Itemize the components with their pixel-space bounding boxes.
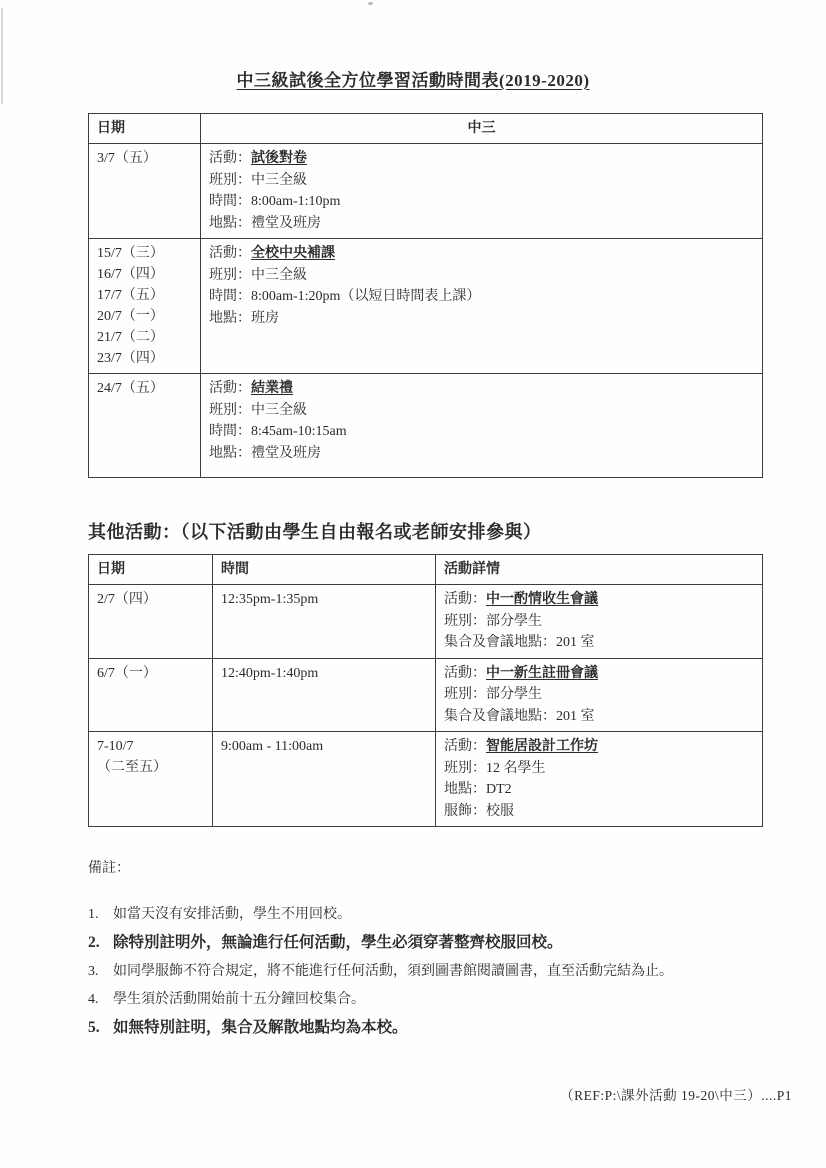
- time-label: 時間：: [209, 194, 251, 209]
- other-row2-date: 6/7（一）: [89, 658, 213, 732]
- note-item: 5.如無特別註明，集合及解散地點均為本校。: [88, 1018, 778, 1038]
- class-label: 班別：: [209, 403, 251, 418]
- time-value: 8:00am-1:20pm（以短日時間表上課）: [251, 289, 480, 304]
- note-text: 如無特別註明，集合及解散地點均為本校。: [113, 1018, 408, 1038]
- other-table-header-row: 日期 時間 活動詳情: [89, 555, 763, 585]
- activity-label: 活動：: [209, 246, 251, 261]
- class-line: 班別：中三全級: [209, 400, 754, 422]
- page-title: 中三級試後全方位學習活動時間表(2019-2020): [0, 66, 826, 91]
- other-row1-details: 活動：中一酌情收生會議 班別：部分學生 集合及會議地點：201 室: [436, 585, 763, 659]
- table-row: 2/7（四） 12:35pm-1:35pm 活動：中一酌情收生會議 班別：部分學…: [89, 585, 763, 659]
- class-line: 班別：中三全級: [209, 265, 754, 287]
- activity-line: 活動：結業禮: [209, 378, 754, 400]
- venue-label: 地點：: [209, 216, 251, 231]
- venue-line: 集合及會議地點：201 室: [444, 632, 754, 654]
- activity-label: 活動：: [209, 381, 251, 396]
- schedule-row2-dates: 15/7（三） 16/7（四） 17/7（五） 20/7（一） 21/7（二） …: [89, 239, 201, 374]
- table-row: 3/7（五） 活動：試後對卷 班別：中三全級 時間：8:00am-1:10pm …: [89, 144, 763, 239]
- activity-line: 活動：智能居設計工作坊: [444, 736, 754, 758]
- venue-value: 201 室: [556, 635, 595, 650]
- class-value: 中三全級: [251, 403, 307, 418]
- schedule-header-date: 日期: [89, 114, 201, 144]
- class-label: 班別：: [444, 761, 486, 776]
- activity-line: 活動：試後對卷: [209, 148, 754, 170]
- time-label: 時間：: [209, 289, 251, 304]
- activity-label: 活動：: [444, 739, 486, 754]
- activity-name: 智能居設計工作坊: [486, 739, 598, 754]
- note-text: 除特別註明外，無論進行任何活動，學生必須穿著整齊校服回校。: [113, 933, 563, 953]
- note-item: 1.如當天沒有安排活動，學生不用回校。: [88, 905, 778, 925]
- time-value: 8:45am-10:15am: [251, 424, 347, 439]
- activity-label: 活動：: [444, 666, 486, 681]
- venue-label: 集合及會議地點：: [444, 709, 556, 724]
- schedule-row3-details: 活動：結業禮 班別：中三全級 時間：8:45am-10:15am 地點：禮堂及班…: [201, 374, 763, 478]
- class-label: 班別：: [444, 687, 486, 702]
- other-activities-heading: 其他活動：（以下活動由學生自由報名或老師安排參與）: [88, 518, 826, 544]
- class-line: 班別：12 名學生: [444, 758, 754, 780]
- note-item: 4.學生須於活動開始前十五分鐘回校集合。: [88, 990, 778, 1010]
- other-row1-time: 12:35pm-1:35pm: [213, 585, 436, 659]
- schedule-header-class: 中三: [201, 114, 763, 144]
- note-text: 如當天沒有安排活動，學生不用回校。: [113, 905, 351, 925]
- note-number: 1.: [88, 905, 113, 925]
- class-value: 12 名學生: [486, 761, 546, 776]
- venue-line: 地點：禮堂及班房: [209, 443, 754, 465]
- note-number: 2.: [88, 933, 113, 953]
- venue-line: 地點：班房: [209, 308, 754, 330]
- note-number: 4.: [88, 990, 113, 1010]
- activity-line: 活動：全校中央補課: [209, 243, 754, 265]
- class-line: 班別：中三全級: [209, 170, 754, 192]
- dress-line: 服飾：校服: [444, 801, 754, 823]
- schedule-row1-dates: 3/7（五）: [89, 144, 201, 239]
- other-row2-time: 12:40pm-1:40pm: [213, 658, 436, 732]
- note-text: 如同學服飾不符合規定，將不能進行任何活動，須到圖書館閱讀圖書，直至活動完結為止。: [113, 962, 673, 982]
- other-header-time: 時間: [213, 555, 436, 585]
- schedule-table: 日期 中三 3/7（五） 活動：試後對卷 班別：中三全級 時間：8:00am-1…: [88, 113, 763, 478]
- activity-label: 活動：: [209, 151, 251, 166]
- table-row: 24/7（五） 活動：結業禮 班別：中三全級 時間：8:45am-10:15am…: [89, 374, 763, 478]
- activity-name: 中一酌情收生會議: [486, 592, 598, 607]
- time-value: 8:00am-1:10pm: [251, 194, 340, 209]
- venue-line: 地點：禮堂及班房: [209, 213, 754, 235]
- activity-name: 結業禮: [251, 381, 293, 396]
- class-label: 班別：: [209, 173, 251, 188]
- scan-artifact-line: [1, 8, 3, 104]
- activity-name: 中一新生註冊會議: [486, 666, 598, 681]
- notes-heading: 備註：: [88, 857, 826, 877]
- note-number: 5.: [88, 1018, 113, 1038]
- venue-label: 地點：: [444, 782, 486, 797]
- table-row: 7-10/7 （二至五） 9:00am - 11:00am 活動：智能居設計工作…: [89, 732, 763, 827]
- venue-value: 禮堂及班房: [251, 216, 321, 231]
- note-number: 3.: [88, 962, 113, 982]
- venue-line: 集合及會議地點：201 室: [444, 706, 754, 728]
- document-page: 中三級試後全方位學習活動時間表(2019-2020) 日期 中三 3/7（五） …: [0, 0, 826, 1168]
- class-line: 班別：部分學生: [444, 611, 754, 633]
- class-value: 中三全級: [251, 173, 307, 188]
- time-line: 時間：8:00am-1:20pm（以短日時間表上課）: [209, 286, 754, 308]
- other-row3-time: 9:00am - 11:00am: [213, 732, 436, 827]
- note-text: 學生須於活動開始前十五分鐘回校集合。: [113, 990, 365, 1010]
- class-label: 班別：: [209, 268, 251, 283]
- schedule-table-header-row: 日期 中三: [89, 114, 763, 144]
- class-line: 班別：部分學生: [444, 684, 754, 706]
- schedule-row3-dates: 24/7（五）: [89, 374, 201, 478]
- schedule-row2-details: 活動：全校中央補課 班別：中三全級 時間：8:00am-1:20pm（以短日時間…: [201, 239, 763, 374]
- dress-label: 服飾：: [444, 804, 486, 819]
- venue-line: 地點：DT2: [444, 779, 754, 801]
- activity-line: 活動：中一酌情收生會議: [444, 589, 754, 611]
- other-header-details: 活動詳情: [436, 555, 763, 585]
- class-value: 部分學生: [486, 614, 542, 629]
- class-label: 班別：: [444, 614, 486, 629]
- venue-value: DT2: [486, 782, 512, 797]
- venue-label: 地點：: [209, 311, 251, 326]
- class-value: 中三全級: [251, 268, 307, 283]
- other-row2-details: 活動：中一新生註冊會議 班別：部分學生 集合及會議地點：201 室: [436, 658, 763, 732]
- venue-label: 集合及會議地點：: [444, 635, 556, 650]
- time-line: 時間：8:45am-10:15am: [209, 421, 754, 443]
- table-row: 15/7（三） 16/7（四） 17/7（五） 20/7（一） 21/7（二） …: [89, 239, 763, 374]
- table-row: 6/7（一） 12:40pm-1:40pm 活動：中一新生註冊會議 班別：部分學…: [89, 658, 763, 732]
- venue-label: 地點：: [209, 446, 251, 461]
- other-row1-date: 2/7（四）: [89, 585, 213, 659]
- scan-artifact-speck: [368, 2, 373, 5]
- note-item: 2.除特別註明外，無論進行任何活動，學生必須穿著整齊校服回校。: [88, 933, 778, 953]
- schedule-row1-details: 活動：試後對卷 班別：中三全級 時間：8:00am-1:10pm 地點：禮堂及班…: [201, 144, 763, 239]
- class-value: 部分學生: [486, 687, 542, 702]
- footer-reference: （REF:P:\課外活動 19-20\中三）....P1: [560, 1084, 792, 1104]
- activity-line: 活動：中一新生註冊會議: [444, 663, 754, 685]
- other-header-date: 日期: [89, 555, 213, 585]
- venue-value: 禮堂及班房: [251, 446, 321, 461]
- activity-name: 全校中央補課: [251, 246, 335, 261]
- note-item: 3.如同學服飾不符合規定，將不能進行任何活動，須到圖書館閱讀圖書，直至活動完結為…: [88, 962, 778, 982]
- other-row3-details: 活動：智能居設計工作坊 班別：12 名學生 地點：DT2 服飾：校服: [436, 732, 763, 827]
- venue-value: 班房: [251, 311, 279, 326]
- time-line: 時間：8:00am-1:10pm: [209, 191, 754, 213]
- activity-label: 活動：: [444, 592, 486, 607]
- time-label: 時間：: [209, 424, 251, 439]
- dress-value: 校服: [486, 804, 514, 819]
- other-activities-table: 日期 時間 活動詳情 2/7（四） 12:35pm-1:35pm 活動：中一酌情…: [88, 554, 763, 827]
- other-row3-date: 7-10/7 （二至五）: [89, 732, 213, 827]
- activity-name: 試後對卷: [251, 151, 307, 166]
- venue-value: 201 室: [556, 709, 595, 724]
- notes-list: 1.如當天沒有安排活動，學生不用回校。 2.除特別註明外，無論進行任何活動，學生…: [88, 905, 778, 1038]
